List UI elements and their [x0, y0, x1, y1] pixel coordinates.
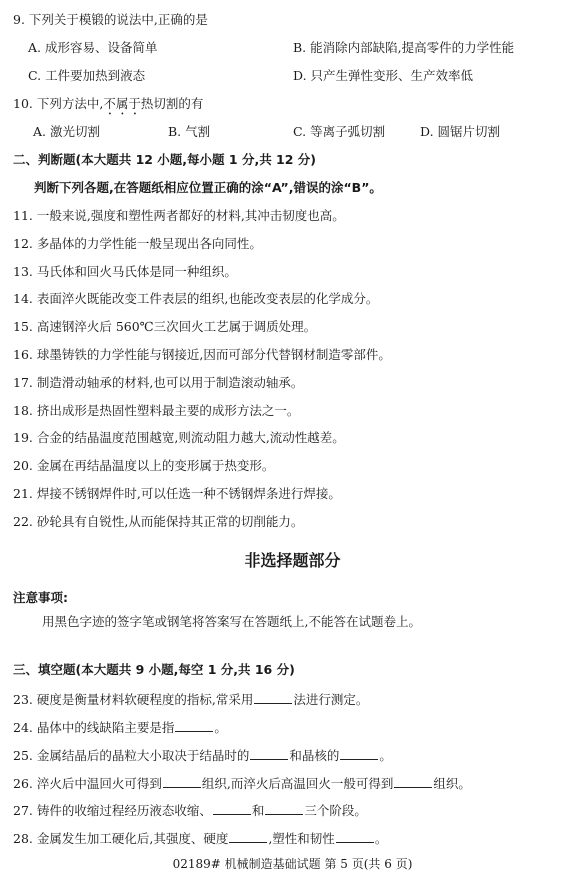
answer-blank[interactable]	[175, 719, 213, 732]
fill-item-28: 28. 金属发生加工硬化后,其强度、硬度,塑性和韧性。	[13, 830, 387, 847]
answer-blank[interactable]	[163, 775, 201, 788]
q10-option-a: A. 激光切割	[33, 124, 100, 140]
question-9-stem: 9. 下列关于模锻的说法中,正确的是	[13, 12, 208, 28]
judgment-item: 20. 金属在再结晶温度以上的变形属于热变形。	[13, 458, 274, 474]
section-2-instruction: 判断下列各题,在答题纸相应位置正确的涂“A”,错误的涂“B”。	[34, 180, 382, 196]
q26-text: 组织。	[433, 776, 471, 791]
part-heading: 非选择题部分	[0, 551, 585, 571]
q23-text: 23. 硬度是衡量材料软硬程度的指标,常采用	[13, 692, 253, 707]
page-footer: 02189# 机械制造基础试题 第 5 页(共 6 页)	[0, 856, 585, 872]
fill-item-23: 23. 硬度是衡量材料软硬程度的指标,常采用法进行测定。	[13, 691, 368, 708]
q26-text: 26. 淬火后中温回火可得到	[13, 776, 162, 791]
q9-option-d: D. 只产生弹性变形、生产效率低	[293, 68, 473, 84]
judgment-item: 14. 表面淬火既能改变工件表层的组织,也能改变表层的化学成分。	[13, 291, 378, 307]
q9-option-b: B. 能消除内部缺陷,提高零件的力学性能	[293, 40, 514, 56]
fill-item-25: 25. 金属结晶后的晶粒大小取决于结晶时的和晶核的。	[13, 747, 392, 764]
answer-blank[interactable]	[213, 802, 251, 815]
answer-blank[interactable]	[229, 830, 267, 843]
q25-text: 。	[379, 748, 392, 763]
answer-blank[interactable]	[394, 775, 432, 788]
judgment-item: 11. 一般来说,强度和塑性两者都好的材料,其冲击韧度也高。	[13, 208, 345, 224]
q10-emphasis: 不属于	[103, 96, 141, 111]
answer-blank[interactable]	[250, 747, 288, 760]
answer-blank[interactable]	[254, 691, 292, 704]
q28-text: 。	[375, 831, 388, 846]
q28-text: 28. 金属发生加工硬化后,其强度、硬度	[13, 831, 228, 846]
notice-label: 注意事项:	[13, 590, 68, 606]
q23-text: 法进行测定。	[293, 692, 368, 707]
answer-blank[interactable]	[336, 830, 374, 843]
q10-option-d: D. 圆锯片切割	[420, 124, 500, 140]
judgment-item: 16. 球墨铸铁的力学性能与钢接近,因而可部分代替钢材制造零部件。	[13, 347, 391, 363]
q10-option-b: B. 气割	[168, 124, 210, 140]
q27-text: 27. 铸件的收缩过程经历液态收缩、	[13, 803, 212, 818]
q10-option-c: C. 等离子弧切割	[293, 124, 385, 140]
judgment-item: 18. 挤出成形是热固性塑料最主要的成形方法之一。	[13, 403, 299, 419]
judgment-item: 13. 马氏体和回火马氏体是同一种组织。	[13, 264, 237, 280]
judgment-item: 15. 高速钢淬火后 560℃三次回火工艺属于调质处理。	[13, 319, 316, 335]
judgment-item: 19. 合金的结晶温度范围越宽,则流动阻力越大,流动性越差。	[13, 430, 345, 446]
q25-text: 和晶核的	[289, 748, 339, 763]
notice-text: 用黑色字迹的签字笔或钢笔将答案写在答题纸上,不能答在试题卷上。	[42, 614, 421, 630]
section-2-title: 二、判断题(本大题共 12 小题,每小题 1 分,共 12 分)	[13, 152, 316, 168]
q26-text: 组织,而淬火后高温回火一般可得到	[202, 776, 393, 791]
judgment-item: 22. 砂轮具有自锐性,从而能保持其正常的切削能力。	[13, 514, 303, 530]
q28-text: ,塑性和韧性	[268, 831, 334, 846]
q27-text: 三个阶段。	[304, 803, 367, 818]
q25-text: 25. 金属结晶后的晶粒大小取决于结晶时的	[13, 748, 249, 763]
fill-item-24: 24. 晶体中的线缺陷主要是指。	[13, 719, 227, 736]
judgment-item: 21. 焊接不锈钢焊件时,可以任选一种不锈钢焊条进行焊接。	[13, 486, 341, 502]
judgment-item: 17. 制造滑动轴承的材料,也可以用于制造滚动轴承。	[13, 375, 303, 391]
q9-option-c: C. 工件要加热到液态	[28, 68, 145, 84]
answer-blank[interactable]	[265, 802, 303, 815]
q27-text: 和	[252, 803, 265, 818]
q24-text: 。	[214, 720, 227, 735]
judgment-item: 12. 多晶体的力学性能一般呈现出各向同性。	[13, 236, 262, 252]
q9-option-a: A. 成形容易、设备简单	[28, 40, 157, 56]
section-3-title: 三、填空题(本大题共 9 小题,每空 1 分,共 16 分)	[13, 662, 295, 678]
fill-item-26: 26. 淬火后中温回火可得到组织,而淬火后高温回火一般可得到组织。	[13, 775, 471, 792]
q10-stem-post: 热切割的有	[141, 96, 204, 111]
fill-item-27: 27. 铸件的收缩过程经历液态收缩、和三个阶段。	[13, 802, 367, 819]
q24-text: 24. 晶体中的线缺陷主要是指	[13, 720, 174, 735]
answer-blank[interactable]	[340, 747, 378, 760]
q10-stem-pre: 10. 下列方法中,	[13, 96, 103, 111]
question-10-stem: 10. 下列方法中,不属于热切割的有	[13, 96, 203, 118]
